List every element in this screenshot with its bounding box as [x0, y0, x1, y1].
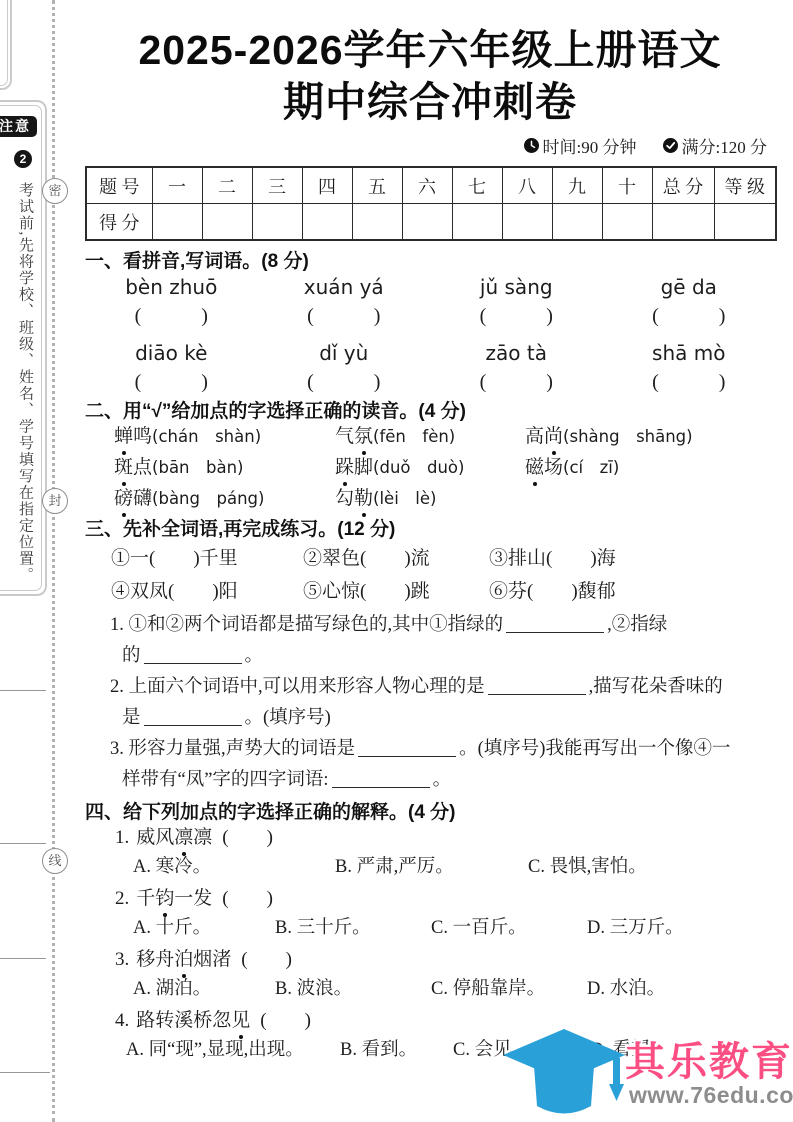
question-line: 1. ①和②两个词语都是描写绿色的,其中①指绿的,②指绿 [85, 610, 775, 641]
section1-row1: bèn zhuō( ) xuán yá( ) jǔ sàng( ) gē da(… [85, 274, 775, 332]
pinyin-cell: zāo tà( ) [430, 340, 603, 398]
score-cell [552, 204, 602, 241]
word-item: ④双凤( )阳 [111, 579, 303, 605]
score-cell [352, 204, 402, 241]
pinyin-choices: (shàng shāng) [563, 427, 693, 446]
answer-paren: ( ) [603, 367, 776, 398]
exam-paper-page: 注意 2 考试前,先将学校、班级、姓名、学号填写在指定位置。 密 封 线 202… [0, 0, 793, 1122]
score-cell [252, 204, 302, 241]
question-line: 是。(填序号) [85, 703, 775, 734]
seal-char-mi: 密 [42, 178, 68, 204]
title-line-2: 期中综合冲刺卷 [85, 76, 775, 128]
score-table-header: 三 [252, 167, 302, 204]
option: C. 一百斤。 [431, 913, 587, 943]
seal-char-feng: 封 [42, 488, 68, 514]
section2-items: 蝉鸣(chán shàn) 气氛(fēn fèn) 高尚(shàng shāng… [85, 424, 693, 512]
pinyin-cell: dǐ yù( ) [258, 340, 431, 398]
score-table-header: 六 [402, 167, 452, 204]
notice-box: 注意 2 考试前,先将学校、班级、姓名、学号填写在指定位置。 [0, 100, 47, 596]
pinyin-cell: bèn zhuō( ) [85, 274, 258, 332]
option: A. 十斤。 [133, 913, 275, 943]
graduation-cap-icon [501, 1024, 627, 1122]
question-line: 3. 形容力量强,声势大的词语是。(填序号)我能再写出一个像④一 [85, 734, 775, 765]
pronunciation-item: 斑点(bān bàn) [114, 455, 335, 481]
score-cell [302, 204, 352, 241]
score-table-header: 题 号 [86, 167, 152, 204]
score-cell [402, 204, 452, 241]
watermark-brand-text: 其乐教育 [625, 1030, 793, 1087]
option: B. 看到。 [340, 1035, 453, 1065]
pinyin-text: jǔ sàng [430, 274, 603, 301]
watermark-url-text: www.76edu.com [629, 1082, 793, 1109]
answer-paren: ( ) [222, 827, 273, 848]
word-item: ①一( )千里 [111, 546, 303, 572]
pronunciation-item: 气氛(fēn fèn) [335, 424, 525, 450]
exam-info-line: 时间:90 分钟 满分:120 分 [524, 133, 767, 158]
question-line: 样带有“凤”字的四字词语:。 [85, 765, 775, 796]
section4-heading: 四、给下列加点的字选择正确的解释。(4 分) [85, 797, 456, 824]
score-cell [202, 204, 252, 241]
fill-blank [506, 614, 604, 633]
time-text: 时间:90 分钟 [543, 133, 637, 158]
pinyin-text: gē da [603, 274, 776, 301]
phrase-line: 1.威风凛凛( ) [85, 824, 775, 852]
notice-badge: 注意 [0, 116, 37, 137]
fill-blank [488, 676, 586, 695]
option: A. 湖泊。 [133, 974, 275, 1004]
word-item: ②翠色( )流 [303, 546, 489, 572]
pinyin-text: zāo tà [430, 340, 603, 367]
pinyin-cell: jǔ sàng( ) [430, 274, 603, 332]
fold-mark-line [0, 1072, 50, 1073]
score-table-header: 四 [302, 167, 352, 204]
pronunciation-item: 跺脚(duǒ duò) [335, 455, 525, 481]
pronunciation-item: 磁场(cí zī) [525, 455, 693, 481]
score-table-header: 一 [152, 167, 202, 204]
section1-row2: diāo kè( ) dǐ yù( ) zāo tà( ) shā mò( ) [85, 340, 775, 398]
answer-paren: ( ) [258, 367, 431, 398]
fill-blank [144, 645, 242, 664]
pinyin-text: shā mò [603, 340, 776, 367]
phrase-line: 3.移舟泊烟渚( ) [85, 946, 775, 974]
score-table-header: 等 级 [714, 167, 776, 204]
watermark: 其乐教育 www.76edu.com [487, 1016, 793, 1122]
score-table-header: 十 [602, 167, 652, 204]
fold-mark-line [0, 690, 46, 691]
dotted-char: 凛 [174, 824, 193, 851]
full-score-info: 满分:120 分 [663, 133, 767, 158]
section3-questions: 1. ①和②两个词语都是描写绿色的,其中①指绿的,②指绿 的。 2. 上面六个词… [85, 610, 775, 796]
pinyin-cell: gē da( ) [603, 274, 776, 332]
score-table-header: 九 [552, 167, 602, 204]
section1-heading: 一、看拼音,写词语。(8 分) [85, 246, 309, 273]
pinyin-choices: (bàng páng) [152, 489, 264, 508]
pinyin-choices: (cí zī) [563, 458, 619, 477]
score-cell [152, 204, 202, 241]
section3-words: ①一( )千里 ②翠色( )流 ③排山( )海 ④双凤( )阳 ⑤心惊( )跳 … [85, 546, 616, 605]
answer-paren: ( ) [430, 367, 603, 398]
dotted-char: 泊 [174, 946, 193, 973]
word-item: ③排山( )海 [489, 546, 616, 572]
options-row: A. 湖泊。B. 波浪。C. 停船靠岸。D. 水泊。 [85, 974, 775, 1004]
answer-paren: ( ) [241, 949, 292, 970]
seal-char-xian: 线 [42, 848, 68, 874]
dotted-char: 见 [231, 1007, 250, 1034]
fill-blank [144, 707, 242, 726]
page-title: 2025-2026学年六年级上册语文 期中综合冲刺卷 [85, 24, 775, 128]
option: B. 三十斤。 [275, 913, 431, 943]
pinyin-cell: shā mò( ) [603, 340, 776, 398]
clock-icon [524, 138, 539, 153]
title-line-1: 2025-2026学年六年级上册语文 [85, 24, 775, 76]
score-row-label: 得 分 [86, 204, 152, 241]
choice-question: 2.千钧一发( ) A. 十斤。B. 三十斤。C. 一百斤。D. 三万斤。 [85, 885, 775, 943]
option: C. 畏惧,害怕。 [528, 852, 647, 882]
dotted-char: 氛 [354, 424, 373, 450]
dotted-char: 勒 [354, 486, 373, 512]
option: D. 三万斤。 [587, 913, 684, 943]
fold-mark-line [0, 843, 46, 844]
pinyin-choices: (bān bàn) [152, 458, 243, 477]
pronunciation-item: 蝉鸣(chán shàn) [114, 424, 335, 450]
question-line: 2. 上面六个词语中,可以用来形容人物心理的是,描写花朵香味的 [85, 672, 775, 703]
pinyin-choices: (fēn fèn) [373, 427, 455, 446]
choice-question: 1.威风凛凛( ) A. 寒冷。B. 严肃,严厉。C. 畏惧,害怕。 [85, 824, 775, 882]
dotted-char: 跺 [335, 455, 354, 481]
answer-paren: ( ) [430, 301, 603, 332]
pinyin-text: dǐ yù [258, 340, 431, 367]
option: D. 水泊。 [587, 974, 665, 1004]
dotted-char: 蝉 [114, 424, 133, 450]
score-cell [652, 204, 714, 241]
score-cell [452, 204, 502, 241]
notice-box-inner-border: 注意 2 考试前,先将学校、班级、姓名、学号填写在指定位置。 [0, 105, 42, 591]
pinyin-text: xuán yá [258, 274, 431, 301]
check-icon [663, 138, 678, 153]
pinyin-cell: diāo kè( ) [85, 340, 258, 398]
fill-blank [358, 738, 456, 757]
notice-text: 考试前,先将学校、班级、姓名、学号填写在指定位置。 [16, 182, 34, 588]
time-info: 时间:90 分钟 [524, 133, 637, 158]
section2-heading: 二、用“√”给加点的字选择正确的读音。(4 分) [85, 396, 466, 423]
pinyin-text: bèn zhuō [85, 274, 258, 301]
answer-paren: ( ) [222, 888, 273, 909]
dotted-char: 磅 [114, 486, 133, 512]
full-score-text: 满分:120 分 [682, 133, 767, 158]
seal-dotted-line [52, 0, 55, 1122]
fold-mark-line [0, 958, 46, 959]
section3-heading: 三、先补全词语,再完成练习。(12 分) [85, 514, 395, 541]
score-cell [502, 204, 552, 241]
answer-paren: ( ) [258, 301, 431, 332]
answer-paren: ( ) [260, 1010, 311, 1031]
top-left-box-inner-border [0, 0, 8, 86]
top-left-box-fragment [0, 0, 12, 90]
score-table-header: 二 [202, 167, 252, 204]
question-line: 的。 [85, 641, 775, 672]
option: C. 停船靠岸。 [431, 974, 587, 1004]
option: B. 严肃,严厉。 [335, 852, 528, 882]
pinyin-text: diāo kè [85, 340, 258, 367]
score-cell [602, 204, 652, 241]
options-row: A. 十斤。B. 三十斤。C. 一百斤。D. 三万斤。 [85, 913, 775, 943]
dotted-char: 斑 [114, 455, 133, 481]
score-table-header-row: 题 号 一 二 三 四 五 六 七 八 九 十 总 分 等 级 [86, 167, 776, 204]
option: A. 寒冷。 [133, 852, 335, 882]
score-table-header: 七 [452, 167, 502, 204]
options-row: A. 寒冷。B. 严肃,严厉。C. 畏惧,害怕。 [85, 852, 775, 882]
score-table-header: 五 [352, 167, 402, 204]
dotted-char: 钧 [155, 885, 174, 912]
pinyin-cell: xuán yá( ) [258, 274, 431, 332]
answer-paren: ( ) [85, 301, 258, 332]
pinyin-choices: (duǒ duò) [373, 458, 464, 477]
phrase-line: 2.千钧一发( ) [85, 885, 775, 913]
dotted-char: 磁 [525, 455, 544, 481]
word-item: ⑥芬( )馥郁 [489, 579, 616, 605]
score-table: 题 号 一 二 三 四 五 六 七 八 九 十 总 分 等 级 得 分 [85, 166, 777, 241]
answer-paren: ( ) [85, 367, 258, 398]
word-item: ⑤心惊( )跳 [303, 579, 489, 605]
score-table-header: 总 分 [652, 167, 714, 204]
notice-number-badge: 2 [14, 150, 32, 168]
option: B. 波浪。 [275, 974, 431, 1004]
score-table-score-row: 得 分 [86, 204, 776, 241]
option: A. 同“现”,显现,出现。 [126, 1035, 340, 1065]
pinyin-choices: (lèi lè) [373, 489, 436, 508]
main-content: 2025-2026学年六年级上册语文 期中综合冲刺卷 时间:90 分钟 满分:1… [85, 0, 775, 1122]
score-table-header: 八 [502, 167, 552, 204]
answer-paren: ( ) [603, 301, 776, 332]
pronunciation-item: 磅礴(bàng páng) [114, 486, 335, 512]
pinyin-choices: (chán shàn) [152, 427, 261, 446]
pronunciation-item: 高尚(shàng shāng) [525, 424, 693, 450]
dotted-char: 尚 [544, 424, 563, 450]
pronunciation-item: 勾勒(lèi lè) [335, 486, 525, 512]
score-cell [714, 204, 776, 241]
choice-question: 3.移舟泊烟渚( ) A. 湖泊。B. 波浪。C. 停船靠岸。D. 水泊。 [85, 946, 775, 1004]
fill-blank [332, 769, 430, 788]
